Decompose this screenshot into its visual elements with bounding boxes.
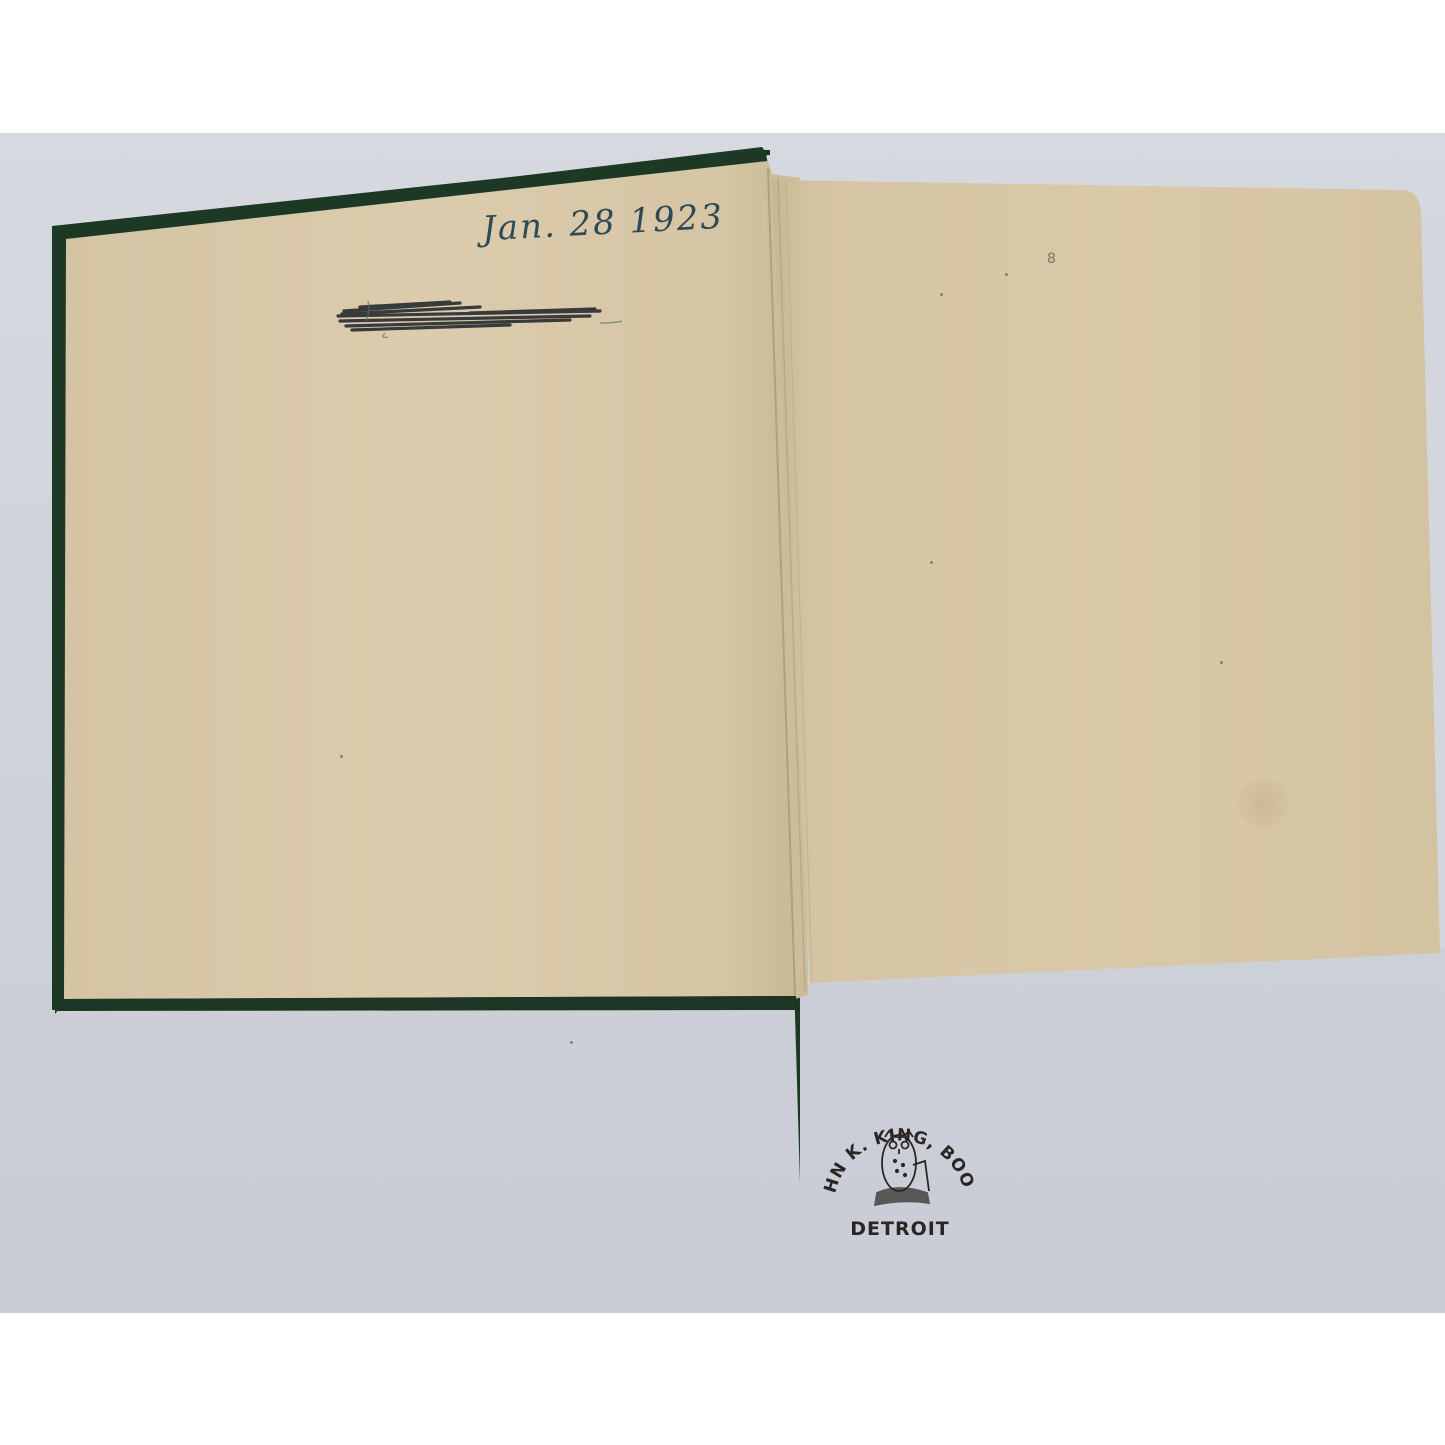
bookseller-stamp: JOHN K. KING, BOOKS DETROIT: [815, 1075, 985, 1245]
foxing-spot: [1238, 778, 1288, 828]
stamp-city-text: DETROIT: [850, 1218, 950, 1240]
scribbled-out-name: [330, 283, 630, 343]
paper-speck: [1005, 273, 1008, 276]
paper-speck: [570, 1041, 573, 1044]
paper-speck: [340, 755, 343, 758]
left-page: [0, 133, 1445, 1313]
paper-speck: [940, 293, 943, 296]
pencil-mark: 8: [1047, 251, 1056, 267]
paper-speck: [930, 561, 933, 564]
book-photo: Jan. 28 1923 8 JOHN K. KING: [0, 133, 1445, 1313]
paper-speck: [1220, 661, 1223, 664]
